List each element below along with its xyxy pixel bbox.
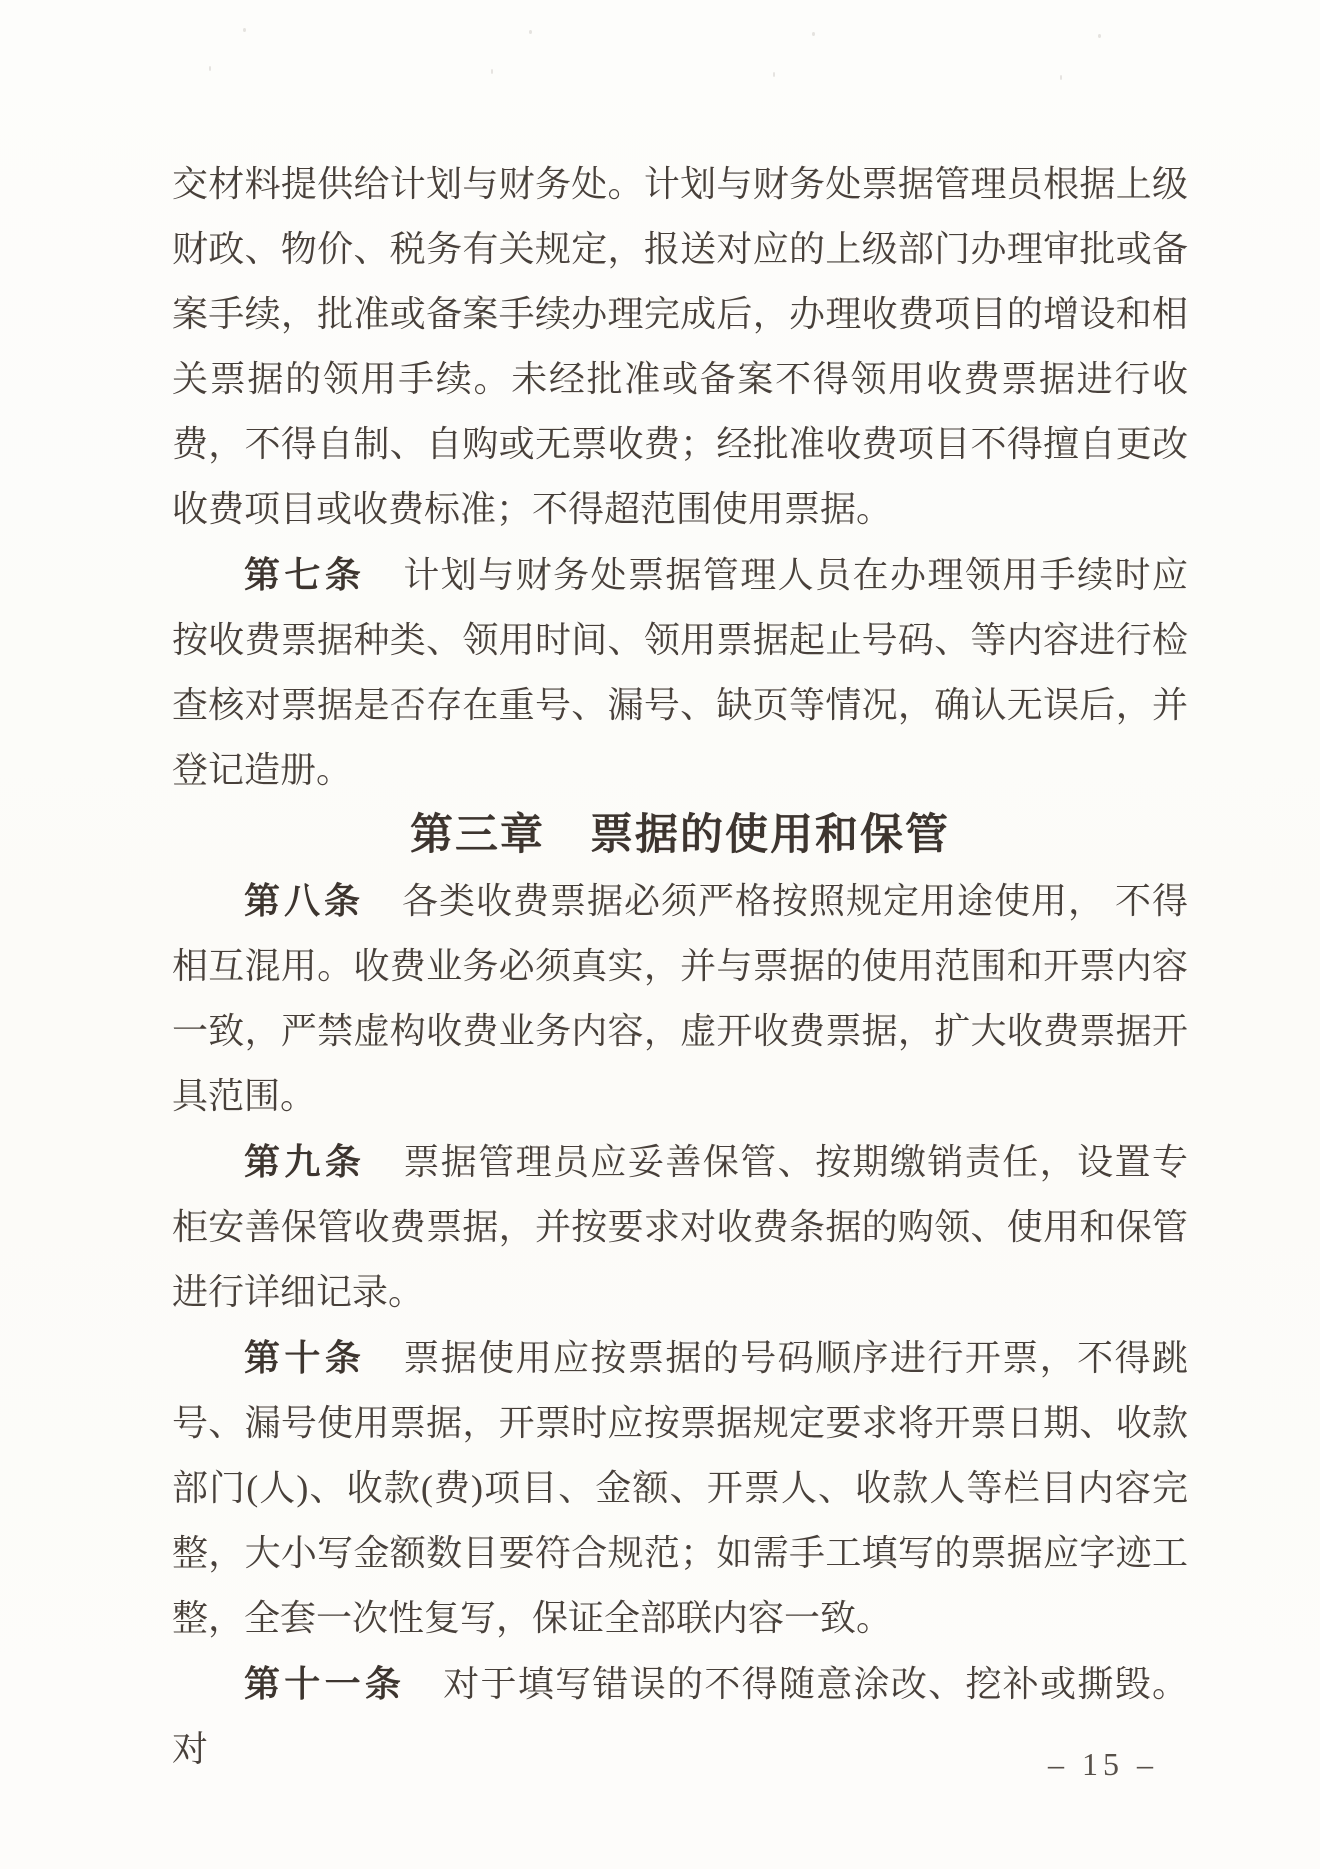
paragraph-continuation: 交材料提供给计划与财务处。计划与财务处票据管理员根据上级财政、物价、税务有关规定… — [172, 152, 1188, 542]
scan-speck — [812, 32, 815, 36]
article-9: 第九条票据管理员应妥善保管、按期缴销责任，设置专柜安善保管收费票据，并按要求对收… — [172, 1129, 1188, 1325]
scan-speck — [1060, 75, 1062, 80]
article-10-text: 票据使用应按票据的号码顺序进行开票，不得跳号、漏号使用票据，开票时应按票据规定要… — [172, 1338, 1188, 1638]
article-9-number: 第九条 — [244, 1141, 365, 1182]
scan-speck — [529, 30, 532, 34]
article-8: 第八条各类收费票据必须严格按照规定用途使用， 不得相互混用。收费业务必须真实，并… — [172, 868, 1188, 1129]
scan-speck — [491, 69, 493, 74]
article-7-number: 第七条 — [244, 554, 365, 595]
article-7: 第七条计划与财务处票据管理人员在办理领用手续时应按收费票据种类、领用时间、领用票… — [172, 542, 1188, 803]
scan-speck — [209, 66, 211, 71]
chapter-3-heading: 第三章 票据的使用和保管 — [172, 803, 1188, 868]
scan-speck — [243, 28, 246, 32]
page-number: – 15 – — [1048, 1744, 1158, 1784]
article-11: 第十一条对于填写错误的不得随意涂改、挖补或撕毁。对 — [172, 1651, 1188, 1782]
article-8-number: 第八条 — [244, 880, 364, 921]
article-10: 第十条票据使用应按票据的号码顺序进行开票，不得跳号、漏号使用票据，开票时应按票据… — [172, 1325, 1188, 1651]
article-10-number: 第十条 — [244, 1337, 365, 1378]
document-page: 交材料提供给计划与财务处。计划与财务处票据管理员根据上级财政、物价、税务有关规定… — [0, 0, 1320, 1869]
document-body: 交材料提供给计划与财务处。计划与财务处票据管理员根据上级财政、物价、税务有关规定… — [172, 152, 1188, 1782]
article-11-number: 第十一条 — [244, 1663, 405, 1704]
scan-speck — [1098, 34, 1101, 38]
scan-speck — [773, 72, 775, 77]
